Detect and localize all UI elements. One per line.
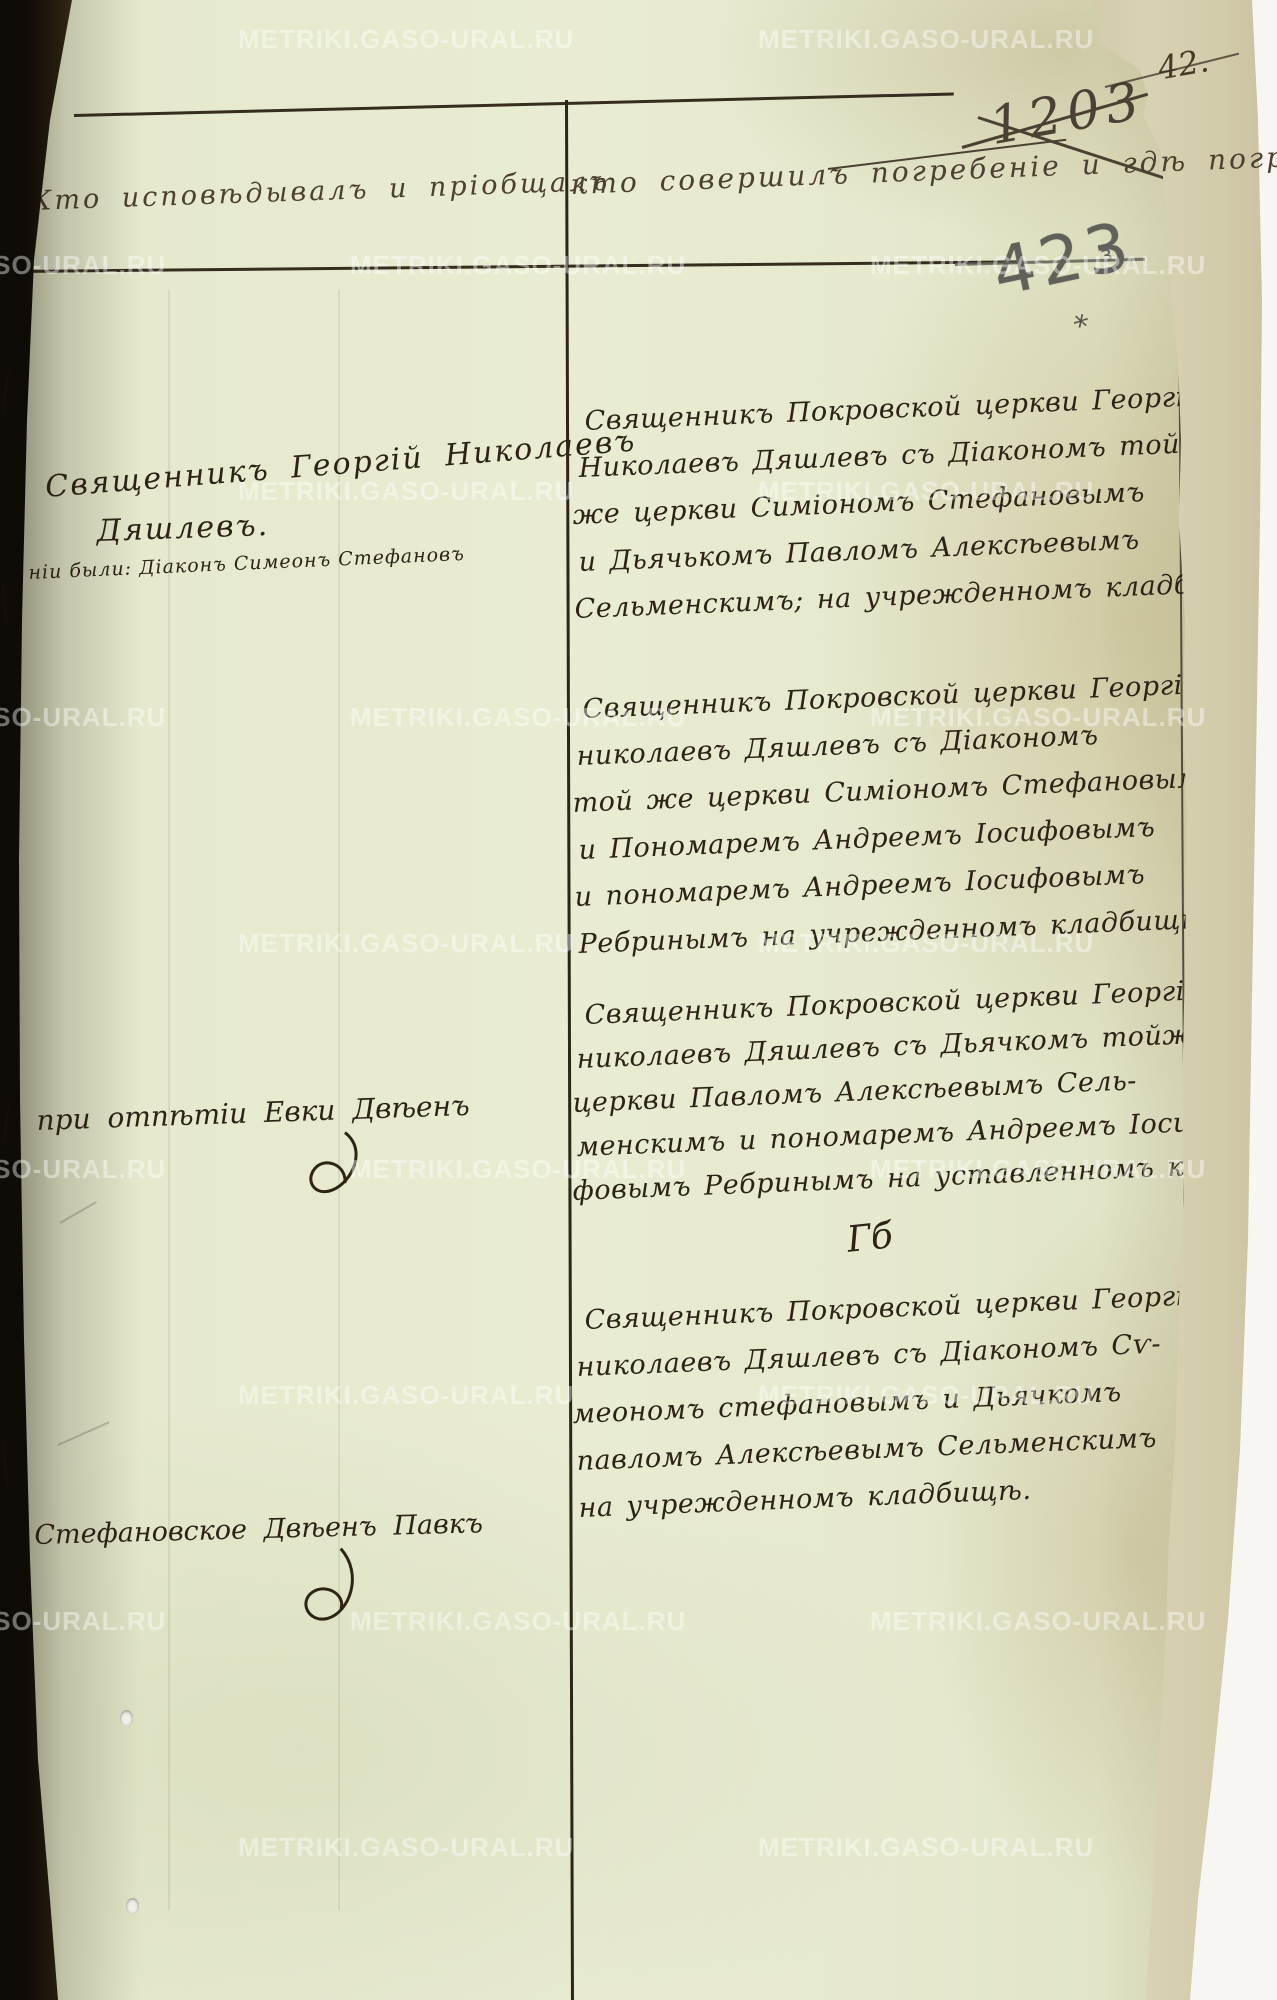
register-page: 1203 423 з * Кто исповѣдывалъ и пріобщал… — [0, 0, 1277, 2000]
document-scan: 1203 423 з * Кто исповѣдывалъ и пріобщал… — [0, 0, 1277, 2000]
punch-hole — [120, 1710, 133, 1726]
signature-flourish — [290, 1126, 370, 1215]
punch-hole — [126, 1898, 139, 1914]
signature-flourish — [291, 1545, 369, 1636]
margin-annotation: Гб — [845, 1215, 895, 1261]
